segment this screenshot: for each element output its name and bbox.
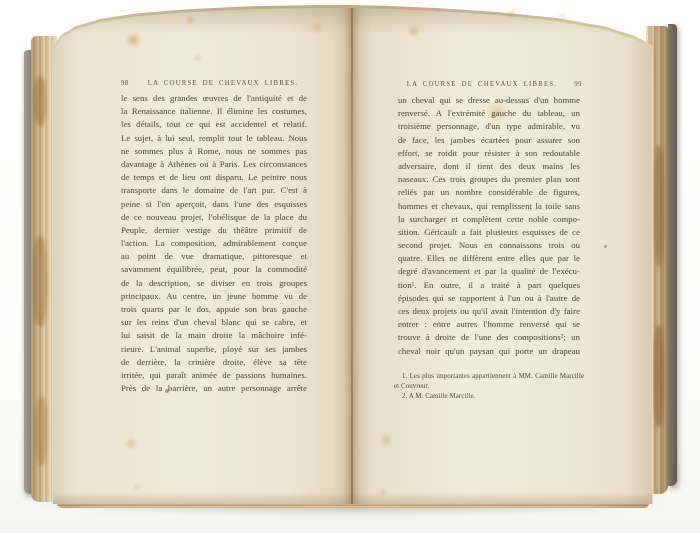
text-line: degré d'avancement et par la qualité de …: [398, 265, 580, 278]
text-line: ces deux projets ou qu'il avait l'intent…: [398, 305, 580, 318]
text-line: reliés par un nombre considérable de fig…: [398, 186, 580, 199]
text-line: les détails, tout ce qui est accidentel …: [121, 118, 307, 131]
foxing-spot: [133, 483, 142, 491]
text-line: quatre. Elles ne diffèrent entre elles q…: [398, 252, 580, 265]
footnote: 1. Les plus importantes appartiennent à …: [394, 372, 584, 392]
text-line: principaux. Au centre, un jeune homme vu…: [121, 290, 307, 303]
foxing-spot: [379, 434, 392, 446]
text-line: sition. Géricault a fait plusieurs esqui…: [398, 226, 580, 239]
text-line: transporte dans le domaine de l'art pur.…: [121, 184, 307, 197]
left-page-text: le sens des grandes œuvres de l'antiquit…: [121, 92, 307, 395]
foxing-spot: [379, 488, 389, 497]
foxing-spot: [604, 245, 607, 248]
text-line: renversé. A l'extrémité gauche du tablea…: [398, 107, 580, 120]
text-line: de derrière, la crinière droite, élève s…: [121, 356, 307, 369]
text-line: davantage à Athènes ou à Paris. Les circ…: [121, 158, 307, 171]
text-line: la Renaissance italienne. Il élimine les…: [121, 105, 307, 118]
foxing-spot: [193, 54, 202, 62]
text-line: ne sommes plus à Rome, nous ne sommes pa…: [121, 145, 307, 158]
gutter-line: [351, 8, 353, 504]
text-line: second projet. Nous en connaissons trois…: [398, 239, 580, 252]
right-page-text: un cheval qui se dresse au-dessus d'un h…: [398, 94, 580, 358]
text-line: trouve à droite de l'une des composition…: [398, 331, 580, 344]
text-line: effort, se roidit pour résister à son re…: [398, 147, 580, 160]
edge-stain: [35, 396, 47, 466]
text-line: rieure. L'animal superbe, ployé sur ses …: [121, 343, 307, 356]
left-page-header: 98 LA COURSE DE CHEVAUX LIBRES.: [121, 80, 309, 87]
footnote: 2. A M. Camille Marcille.: [394, 392, 584, 402]
text-line: de la description, se diviser en trois g…: [121, 277, 307, 290]
text-line: peine si l'on aperçoit, dans l'une des e…: [121, 198, 307, 211]
edge-stain: [653, 326, 664, 426]
left-running-title: LA COURSE DE CHEVAUX LIBRES.: [137, 80, 309, 87]
text-line: de face, les jambes écartées pour assure…: [398, 134, 580, 147]
foxing-spot: [125, 32, 142, 48]
foxing-spot: [124, 437, 138, 450]
foxing-spot: [506, 9, 516, 18]
text-line: la surcharger et complètent cette noble …: [398, 213, 580, 226]
text-line: Le sujet, à lui seul, remplit tout le ta…: [121, 132, 307, 145]
text-line: troisième personnage, d'un type admirabl…: [398, 120, 580, 133]
text-line: épisodes qui se rapportent à l'un ou à l…: [398, 292, 580, 305]
text-line: trois quarts par le dos, appuie son bras…: [121, 303, 307, 316]
foxing-spot: [407, 25, 421, 38]
left-page-number: 98: [121, 80, 137, 87]
book-photo: 98 LA COURSE DE CHEVAUX LIBRES. le sens …: [0, 0, 700, 533]
right-page-footnotes: 1. Les plus importantes appartiennent à …: [394, 372, 584, 401]
book-cover-board-right: [668, 24, 677, 486]
text-line: adversaire, dont il tient des deux mains…: [398, 160, 580, 173]
edge-stain: [34, 76, 46, 126]
text-line: irritée, qui paraît animée de passions h…: [121, 369, 307, 382]
edge-stain: [654, 146, 664, 266]
bottom-inner-shadow: [53, 492, 652, 504]
text-line: tion¹. En outre, il a traité à part quel…: [398, 279, 580, 292]
text-line: l'action. La composition, admirablement …: [121, 237, 307, 250]
right-page-number: 99: [566, 81, 582, 88]
text-line: lui saisit de la main droite la mâchoire…: [121, 329, 307, 342]
text-line: naseaux. Ces trois groupes du premier pl…: [398, 173, 580, 186]
foxing-spot: [185, 15, 196, 25]
foxing-spot: [311, 22, 323, 33]
text-line: un cheval qui se dresse au-dessus d'un h…: [398, 94, 580, 107]
text-line: cheval noir qu'un paysan qui porte un dr…: [398, 345, 580, 358]
text-line: Près de la barrière, un autre personnage…: [121, 382, 307, 395]
text-line: de temps et de lieu ont disparu. Le pein…: [121, 171, 307, 184]
text-line: au point de vue dramatique, pittoresque …: [121, 250, 307, 263]
text-line: le sens des grandes œuvres de l'antiquit…: [121, 92, 307, 105]
text-line: entrer : entre autres l'homme renversé q…: [398, 318, 580, 331]
text-line: savamment équilibrée, peut, pour la comm…: [121, 263, 307, 276]
text-line: sur les reins d'un cheval blanc qui se c…: [121, 316, 307, 329]
text-line: de ce nouveau projet, l'obélisque de la …: [121, 211, 307, 224]
foxing-spot: [558, 12, 567, 20]
edge-stain: [33, 236, 47, 326]
text-line: hommes et chevaux, qui remplissent la to…: [398, 200, 580, 213]
text-line: Peuple, dernier vestige du théâtre primi…: [121, 224, 307, 237]
right-running-title: LA COURSE DE CHEVAUX LIBRES.: [398, 81, 566, 88]
right-page-header: LA COURSE DE CHEVAUX LIBRES. 99: [398, 81, 582, 88]
